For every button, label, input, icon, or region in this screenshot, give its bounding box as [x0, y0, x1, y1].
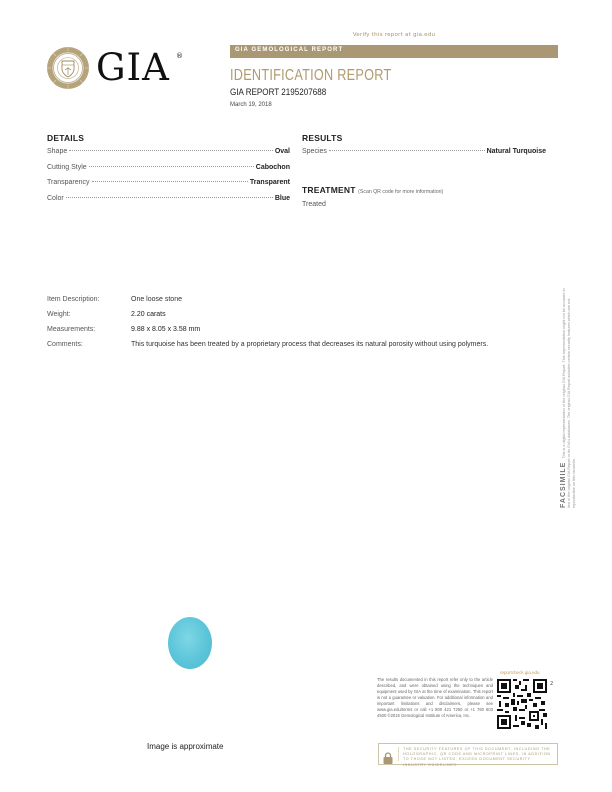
treatment-note: (Scan QR code for more information) — [358, 189, 443, 195]
detail-row-cutting-style: Cutting StyleCabochon — [47, 164, 290, 180]
gia-seal-logo — [46, 46, 90, 90]
detail-label: Transparency — [47, 179, 90, 186]
leader-dots — [89, 166, 254, 167]
verify-link[interactable]: Verify this report at gia.edu — [230, 32, 558, 38]
detail-label: Color — [47, 195, 64, 202]
info-label: Comments: — [47, 337, 131, 352]
report-banner: GIA GEMOLOGICAL REPORT — [230, 45, 558, 58]
image-caption: Image is approximate — [147, 742, 223, 751]
detail-label: Shape — [47, 148, 67, 155]
info-value: 2.20 carats — [131, 307, 547, 322]
leader-dots — [329, 150, 485, 151]
info-row-measurements: Measurements: 9.88 x 8.05 x 3.58 mm — [47, 322, 547, 337]
info-value: 9.88 x 8.05 x 3.58 mm — [131, 322, 547, 337]
info-row-comments: Comments: This turquoise has been treate… — [47, 337, 547, 352]
detail-value: Oval — [275, 148, 290, 155]
details-title: DETAILS — [47, 133, 290, 143]
registered-mark: ® — [176, 52, 183, 60]
divider — [398, 747, 399, 761]
leader-dots — [92, 181, 248, 182]
info-row-weight: Weight: 2.20 carats — [47, 307, 547, 322]
details-section: DETAILS ShapeOval Cutting StyleCabochon … — [47, 133, 290, 210]
detail-label: Cutting Style — [47, 164, 87, 171]
treatment-heading: TREATMENT (Scan QR code for more informa… — [302, 185, 443, 195]
security-text: The security features of this document, … — [403, 747, 553, 768]
detail-row-color: ColorBlue — [47, 195, 290, 211]
info-label: Weight: — [47, 307, 131, 322]
info-row-item-description: Item Description: One loose stone — [47, 292, 547, 307]
report-date: March 19, 2018 — [230, 102, 272, 108]
treatment-title: TREATMENT — [302, 185, 356, 195]
info-label: Measurements: — [47, 322, 131, 337]
detail-row-transparency: TransparencyTransparent — [47, 179, 290, 195]
additional-info: Item Description: One loose stone Weight… — [47, 292, 547, 352]
legal-disclaimer: The results documented in this report re… — [377, 677, 493, 719]
banner-label: GIA GEMOLOGICAL REPORT — [235, 47, 343, 53]
lock-icon — [383, 749, 393, 761]
reportcheck-link[interactable]: reportcheck.gia.edu — [500, 670, 540, 675]
detail-value: Blue — [275, 195, 290, 202]
detail-value: Transparent — [250, 179, 290, 186]
leader-dots — [66, 197, 273, 198]
report-number: GIA REPORT 2195207688 — [230, 87, 326, 98]
stone-image — [168, 617, 212, 669]
info-value: This turquoise has been treated by a pro… — [131, 337, 547, 352]
results-title: RESULTS — [302, 133, 546, 143]
gia-wordmark: GIA — [96, 46, 170, 90]
results-section: RESULTS SpeciesNatural Turquoise — [302, 133, 546, 164]
result-row-species: SpeciesNatural Turquoise — [302, 148, 546, 164]
detail-row-shape: ShapeOval — [47, 148, 290, 164]
qr-number: 2 — [550, 681, 553, 687]
detail-value: Cabochon — [256, 164, 290, 171]
treatment-value: Treated — [302, 201, 326, 208]
leader-dots — [69, 150, 273, 151]
info-label: Item Description: — [47, 292, 131, 307]
result-label: Species — [302, 148, 327, 155]
facsimile-note: FACSIMILEThis is a digital representatio… — [561, 288, 589, 508]
facsimile-title: FACSIMILE — [560, 462, 567, 508]
qr-code[interactable] — [497, 679, 547, 729]
result-value: Natural Turquoise — [487, 148, 546, 155]
security-features-box: The security features of this document, … — [378, 743, 558, 765]
report-title: IDENTIFICATION REPORT — [230, 67, 391, 85]
info-value: One loose stone — [131, 292, 547, 307]
